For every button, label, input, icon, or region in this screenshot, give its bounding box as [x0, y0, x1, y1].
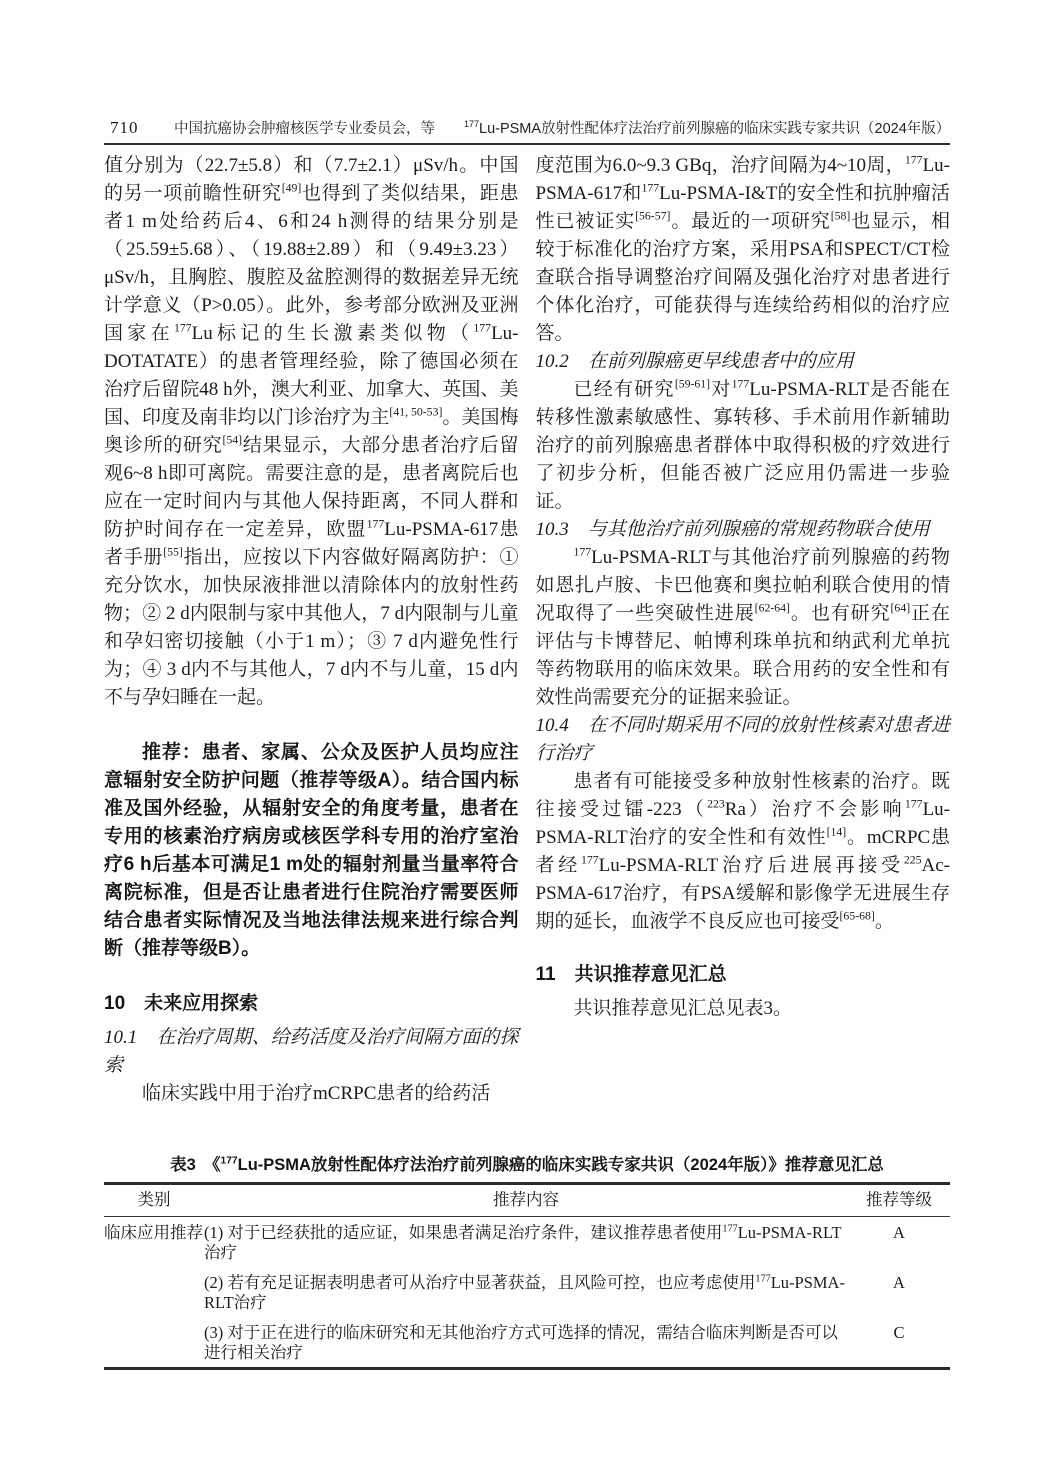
article-body: 值分别为（22.7±5.8）和（7.7±2.1）μSv/h。中国的另一项前瞻性研… — [104, 152, 950, 1108]
cell-grade: C — [848, 1317, 950, 1369]
section-heading: 11 共识推荐意见汇总 — [536, 961, 951, 989]
table-row: (2) 若有充足证据表明患者可从治疗中显著获益，且风险可控，也应考虑使用177L… — [104, 1267, 950, 1317]
left-column: 值分别为（22.7±5.8）和（7.7±2.1）μSv/h。中国的另一项前瞻性研… — [104, 152, 519, 1108]
cell-content: (3) 对于正在进行的临床研究和无其他治疗方式可选择的情况，需结合临床判断是否可… — [204, 1317, 848, 1369]
table-header: 类别 推荐内容 推荐等级 — [104, 1184, 950, 1217]
paragraph: 已经有研究[59-61]对177Lu-PSMA-RLT是否能在转移性激素敏感性、… — [536, 376, 951, 516]
paragraph: 177Lu-PSMA-RLT与其他治疗前列腺癌的药物如恩扎卢胺、卡巴他赛和奥拉帕… — [536, 544, 951, 712]
subsection-heading: 10.2 在前列腺癌更早线患者中的应用 — [536, 348, 951, 376]
table-caption: 表3 《177Lu-PSMA放射性配体疗法治疗前列腺癌的临床实践专家共识（202… — [104, 1151, 950, 1175]
page-number: 710 — [110, 118, 139, 138]
table3-section: 表3 《177Lu-PSMA放射性配体疗法治疗前列腺癌的临床实践专家共识（202… — [104, 1151, 950, 1370]
col-header-category: 类别 — [104, 1184, 204, 1217]
cell-grade: A — [848, 1217, 950, 1268]
right-column: 度范围为6.0~9.3 GBq，治疗间隔为4~10周，177Lu-PSMA-61… — [536, 152, 951, 1108]
table-row: (3) 对于正在进行的临床研究和无其他治疗方式可选择的情况，需结合临床判断是否可… — [104, 1317, 950, 1369]
recommendation-paragraph: 推荐：患者、家属、公众及医护人员均应注意辐射安全防护问题（推荐等级A）。结合国内… — [104, 739, 519, 963]
running-title: 中国抗癌协会肿瘤核医学专业委员会，等 177Lu-PSMA放射性配体疗法治疗前列… — [104, 117, 950, 138]
paragraph: 值分别为（22.7±5.8）和（7.7±2.1）μSv/h。中国的另一项前瞻性研… — [104, 152, 519, 712]
paragraph: 度范围为6.0~9.3 GBq，治疗间隔为4~10周，177Lu-PSMA-61… — [536, 152, 951, 348]
subsection-heading: 10.1 在治疗周期、给药活度及治疗间隔方面的探索 — [104, 1024, 519, 1080]
journal-page: 710 中国抗癌协会肿瘤核医学专业委员会，等 177Lu-PSMA放射性配体疗法… — [0, 0, 1050, 1473]
cell-content: (1) 对于已经获批的适应证，如果患者满足治疗条件，建议推荐患者使用177Lu-… — [204, 1217, 848, 1268]
cell-category — [104, 1267, 204, 1317]
table-body: 临床应用推荐(1) 对于已经获批的适应证，如果患者满足治疗条件，建议推荐患者使用… — [104, 1217, 950, 1369]
paragraph: 共识推荐意见汇总见表3。 — [536, 995, 951, 1023]
subsection-heading: 10.4 在不同时期采用不同的放射性核素对患者进行治疗 — [536, 712, 951, 768]
cell-grade: A — [848, 1267, 950, 1317]
cell-content: (2) 若有充足证据表明患者可从治疗中显著获益，且风险可控，也应考虑使用177L… — [204, 1267, 848, 1317]
paragraph: 患者有可能接受多种放射性核素的治疗。既往接受过镭-223（223Ra）治疗不会影… — [536, 768, 951, 936]
subsection-heading: 10.3 与其他治疗前列腺癌的常规药物联合使用 — [536, 516, 951, 544]
paragraph: 临床实践中用于治疗mCRPC患者的给药活 — [104, 1080, 519, 1108]
recommendations-table: 类别 推荐内容 推荐等级 临床应用推荐(1) 对于已经获批的适应证，如果患者满足… — [104, 1182, 950, 1370]
cell-category — [104, 1317, 204, 1369]
col-header-content: 推荐内容 — [204, 1184, 848, 1217]
section-heading: 10 未来应用探索 — [104, 990, 519, 1018]
cell-category: 临床应用推荐 — [104, 1217, 204, 1268]
col-header-grade: 推荐等级 — [848, 1184, 950, 1217]
table-header-row: 类别 推荐内容 推荐等级 — [104, 1184, 950, 1217]
page-header: 710 中国抗癌协会肿瘤核医学专业委员会，等 177Lu-PSMA放射性配体疗法… — [104, 117, 950, 145]
table-row: 临床应用推荐(1) 对于已经获批的适应证，如果患者满足治疗条件，建议推荐患者使用… — [104, 1217, 950, 1268]
